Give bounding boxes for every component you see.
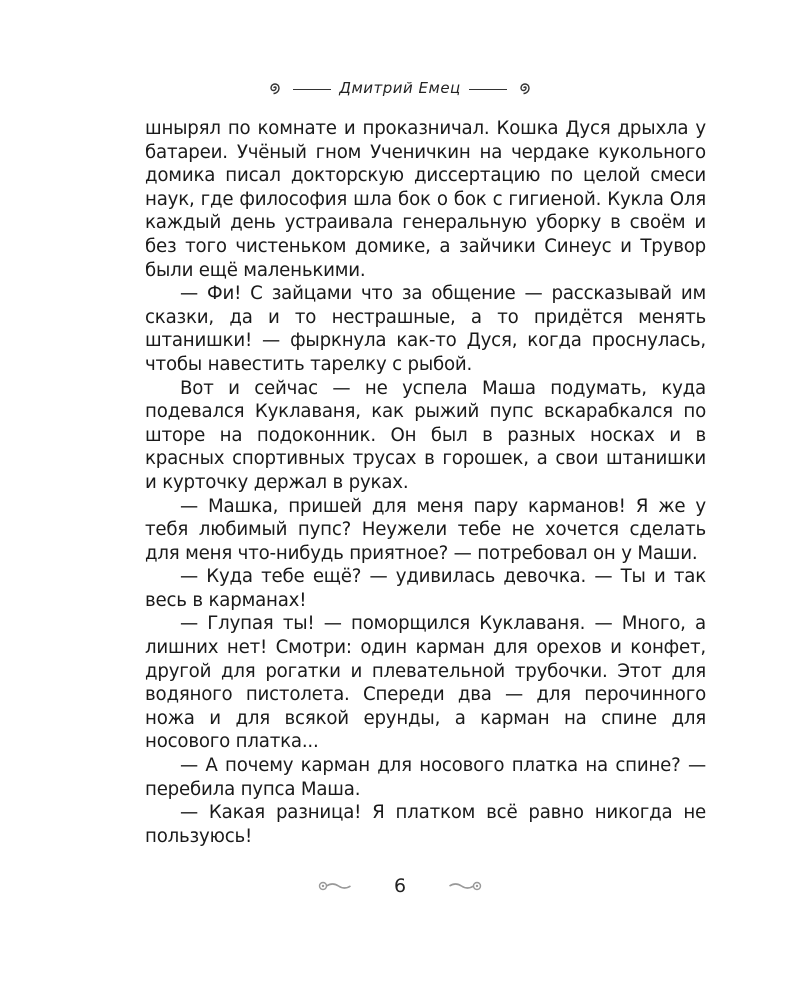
header-rule-left [293, 89, 331, 90]
paragraph: — Куда тебе ещё? — удивилась девочка. — … [145, 565, 706, 612]
swirl-ornament-left-icon [265, 81, 285, 95]
page-body-text: шнырял по комнате и проказничал. Кошка Д… [145, 117, 706, 848]
swirl-ornament-right-icon [515, 81, 535, 95]
wave-ornament-left-icon [318, 880, 354, 892]
paragraph: — Глупая ты! — поморщился Куклаваня. — М… [145, 612, 706, 754]
page-number: 6 [394, 875, 406, 897]
paragraph: Вот и сейчас — не успела Маша подумать, … [145, 377, 706, 495]
paragraph: — Фи! С зайцами что за общение — рассказ… [145, 282, 706, 376]
page-footer: 6 [0, 874, 800, 898]
paragraph: — Машка, пришей для меня пару карманов! … [145, 495, 706, 566]
paragraph: шнырял по комнате и проказничал. Кошка Д… [145, 117, 706, 282]
running-header: Дмитрий Емец [0, 76, 800, 100]
paragraph: — Какая разница! Я платком всё равно ник… [145, 801, 706, 848]
wave-ornament-right-icon [446, 880, 482, 892]
header-rule-right [469, 89, 507, 90]
running-title: Дмитрий Емец [339, 79, 461, 97]
paragraph: — А почему карман для носового платка на… [145, 754, 706, 801]
